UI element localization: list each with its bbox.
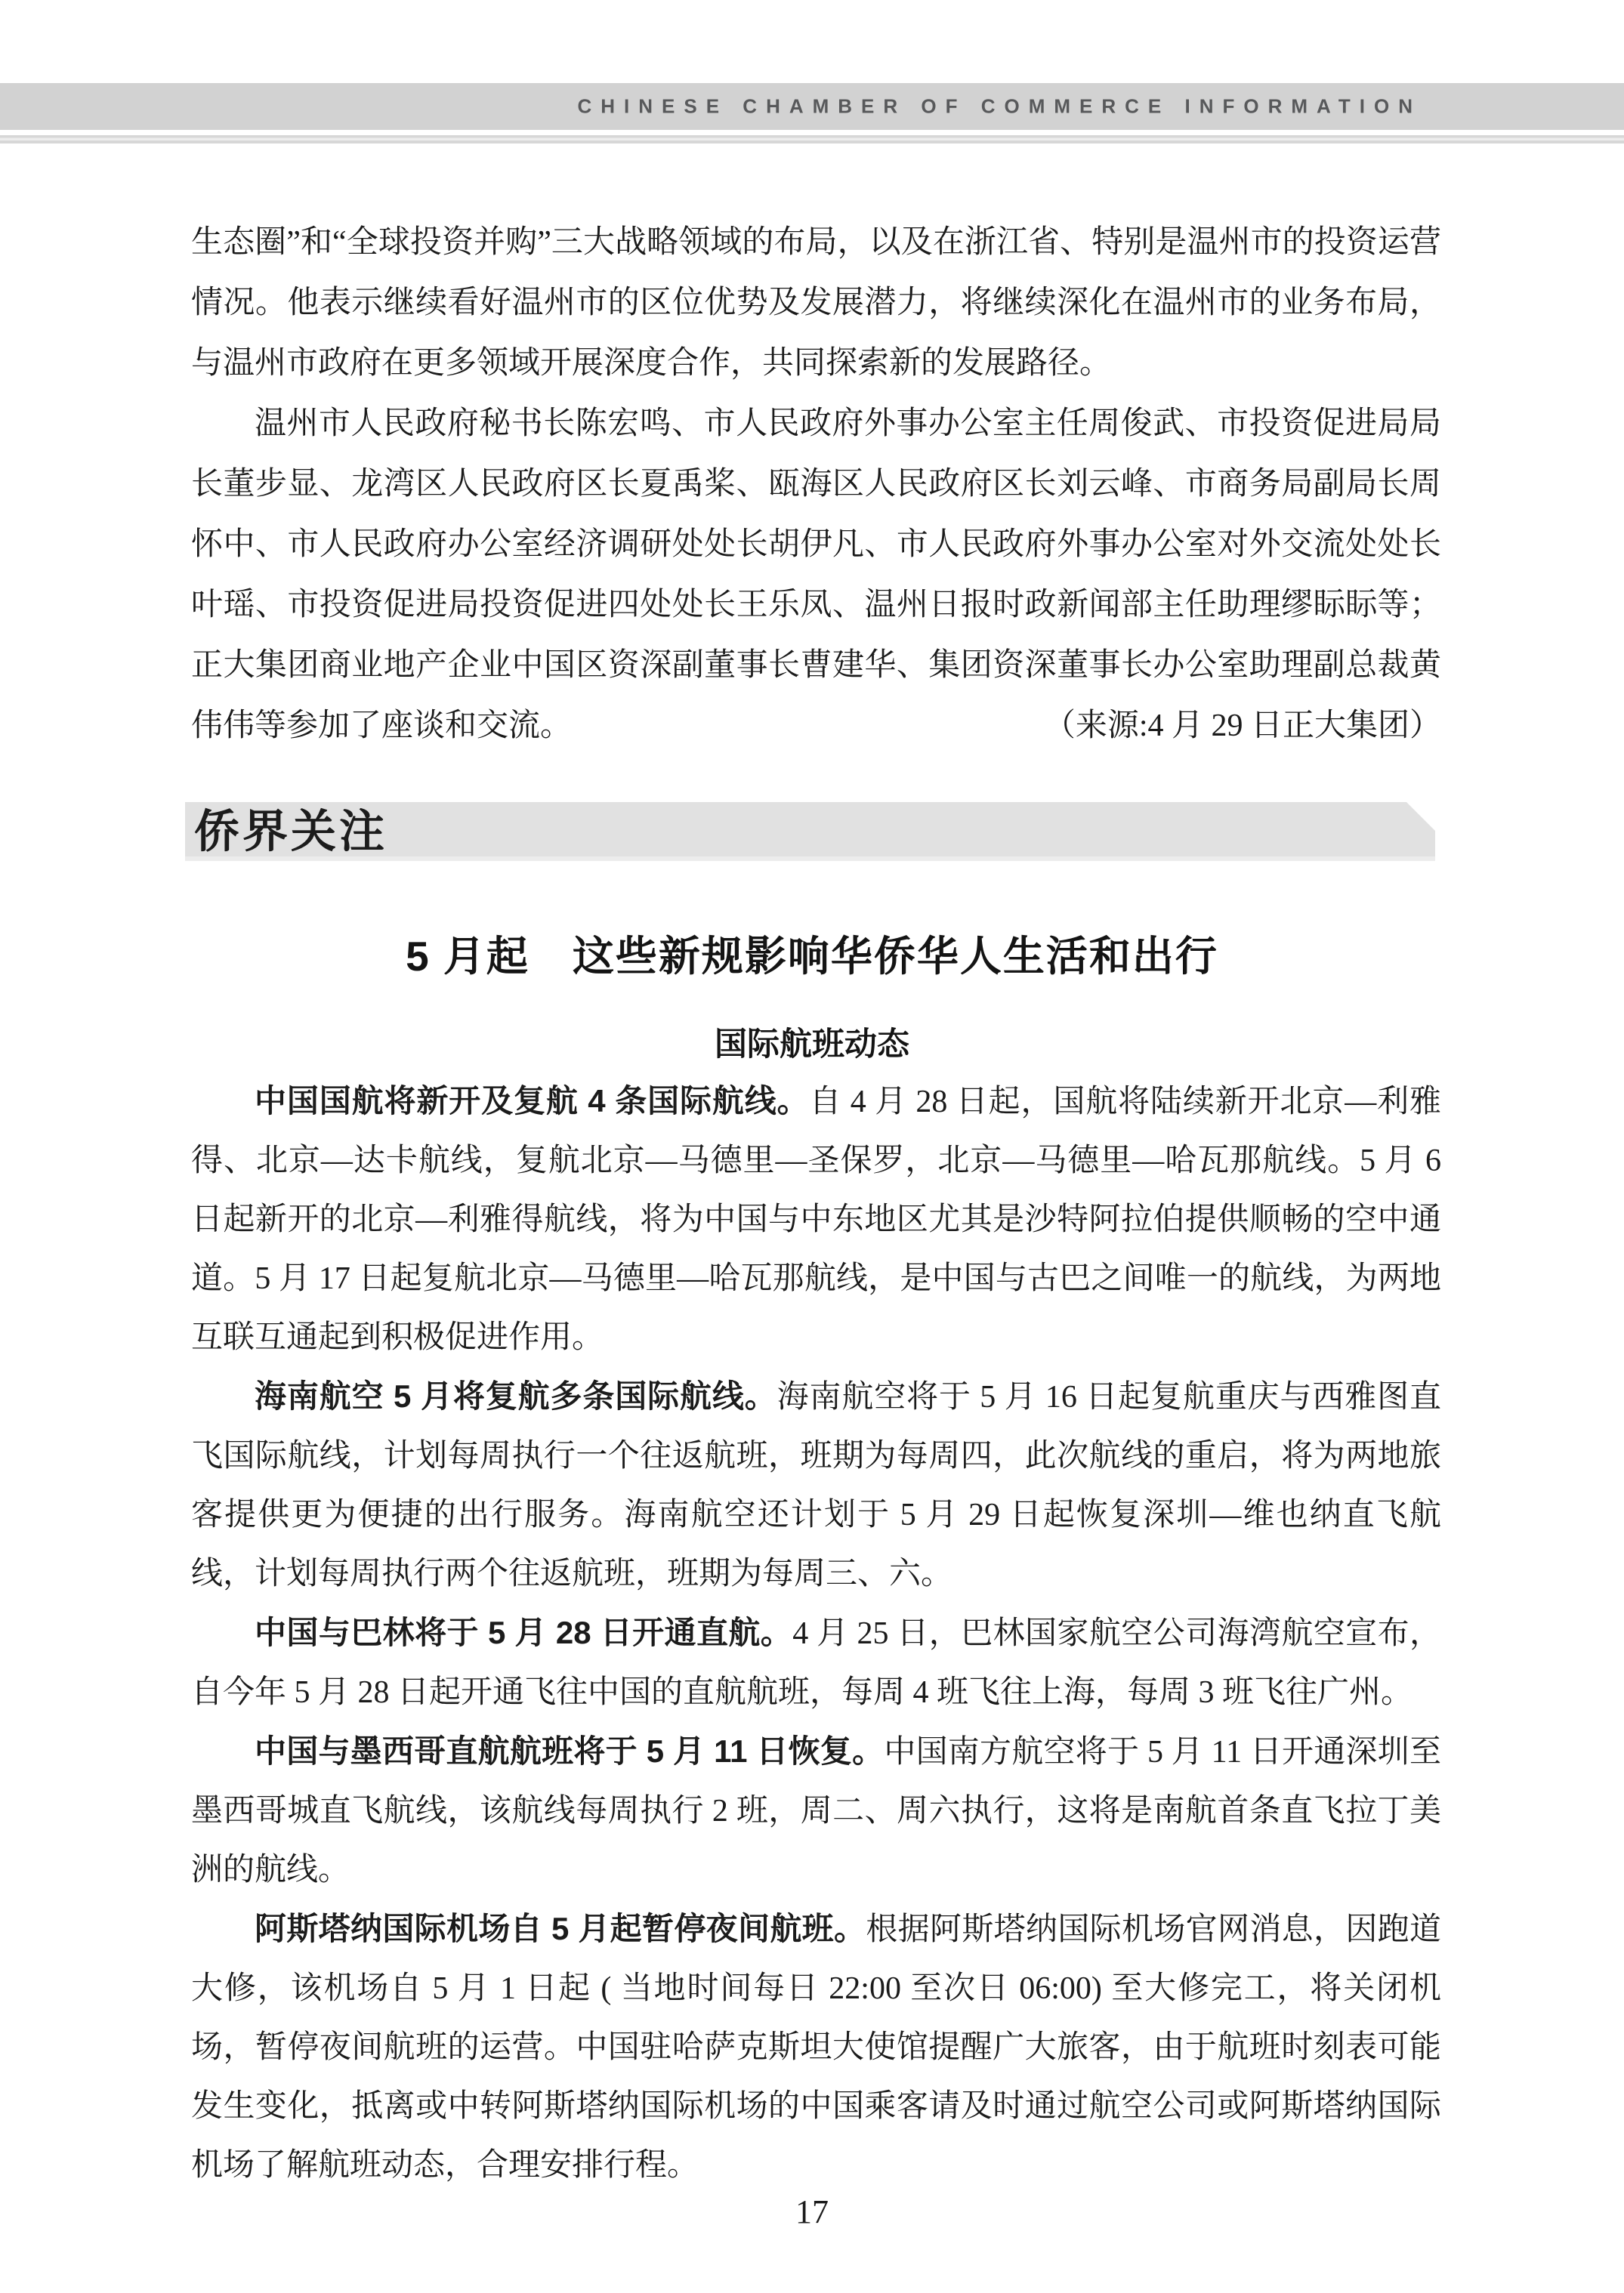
newsletter-page: CHINESE CHAMBER OF COMMERCE INFORMATION …: [0, 0, 1624, 2293]
article1-paragraph: 生态圈”和“全球投资并购”三大战略领域的布局，以及在浙江省、特别是温州市的投资运…: [191, 212, 1441, 393]
article2-paragraph: 中国与墨西哥直航航班将于 5 月 11 日恢复。中国南方航空将于 5 月 11 …: [191, 1722, 1441, 1900]
paragraph-lead: 中国与墨西哥直航航班将于 5 月 11 日恢复。: [255, 1733, 884, 1769]
paragraph-body: 自 4 月 28 日起，国航将陆续新开北京—利雅得、北京—达卡航线，复航北京—马…: [191, 1085, 1441, 1355]
header-banner-text: CHINESE CHAMBER OF COMMERCE INFORMATION: [577, 95, 1422, 119]
paragraph-lead: 海南航空 5 月将复航多条国际航线。: [255, 1378, 777, 1414]
article1-text-block: 生态圈”和“全球投资并购”三大战略领域的布局，以及在浙江省、特别是温州市的投资运…: [191, 212, 1441, 756]
header-bar: CHINESE CHAMBER OF COMMERCE INFORMATION: [0, 83, 1624, 130]
paragraph-lead: 中国与巴林将于 5 月 28 日开通直航。: [255, 1615, 792, 1650]
paragraph-lead: 中国国航将新开及复航 4 条国际航线。: [255, 1083, 809, 1119]
article1-paragraph: 温州市人民政府秘书长陈宏鸣、市人民政府外事办公室主任周俊武、市投资促进局局长董步…: [191, 393, 1441, 756]
article2-paragraph: 中国与巴林将于 5 月 28 日开通直航。4 月 25 日，巴林国家航空公司海湾…: [191, 1603, 1441, 1722]
header-divider-rule: [0, 135, 1624, 144]
article2-paragraph: 阿斯塔纳国际机场自 5 月起暂停夜间航班。根据阿斯塔纳国际机场官网消息，因跑道大…: [191, 1900, 1441, 2195]
paragraph-lead: 阿斯塔纳国际机场自 5 月起暂停夜间航班。: [255, 1911, 866, 1946]
article2-title: 5 月起 这些新规影响华侨华人生活和出行: [0, 923, 1624, 983]
article2-subtitle: 国际航班动态: [0, 1019, 1624, 1065]
article2-text-block: 中国国航将新开及复航 4 条国际航线。自 4 月 28 日起，国航将陆续新开北京…: [191, 1072, 1441, 2195]
paragraph-body: 根据阿斯塔纳国际机场官网消息，因跑道大修，该机场自 5 月 1 日起 ( 当地时…: [191, 1912, 1441, 2183]
article2-paragraph: 中国国航将新开及复航 4 条国际航线。自 4 月 28 日起，国航将陆续新开北京…: [191, 1072, 1441, 1367]
page-number: 17: [0, 2193, 1624, 2231]
section-title: 侨界关注: [194, 795, 387, 860]
section-banner: 侨界关注: [185, 802, 1435, 856]
article2-paragraph: 海南航空 5 月将复航多条国际航线。海南航空将于 5 月 16 日起复航重庆与西…: [191, 1367, 1441, 1603]
